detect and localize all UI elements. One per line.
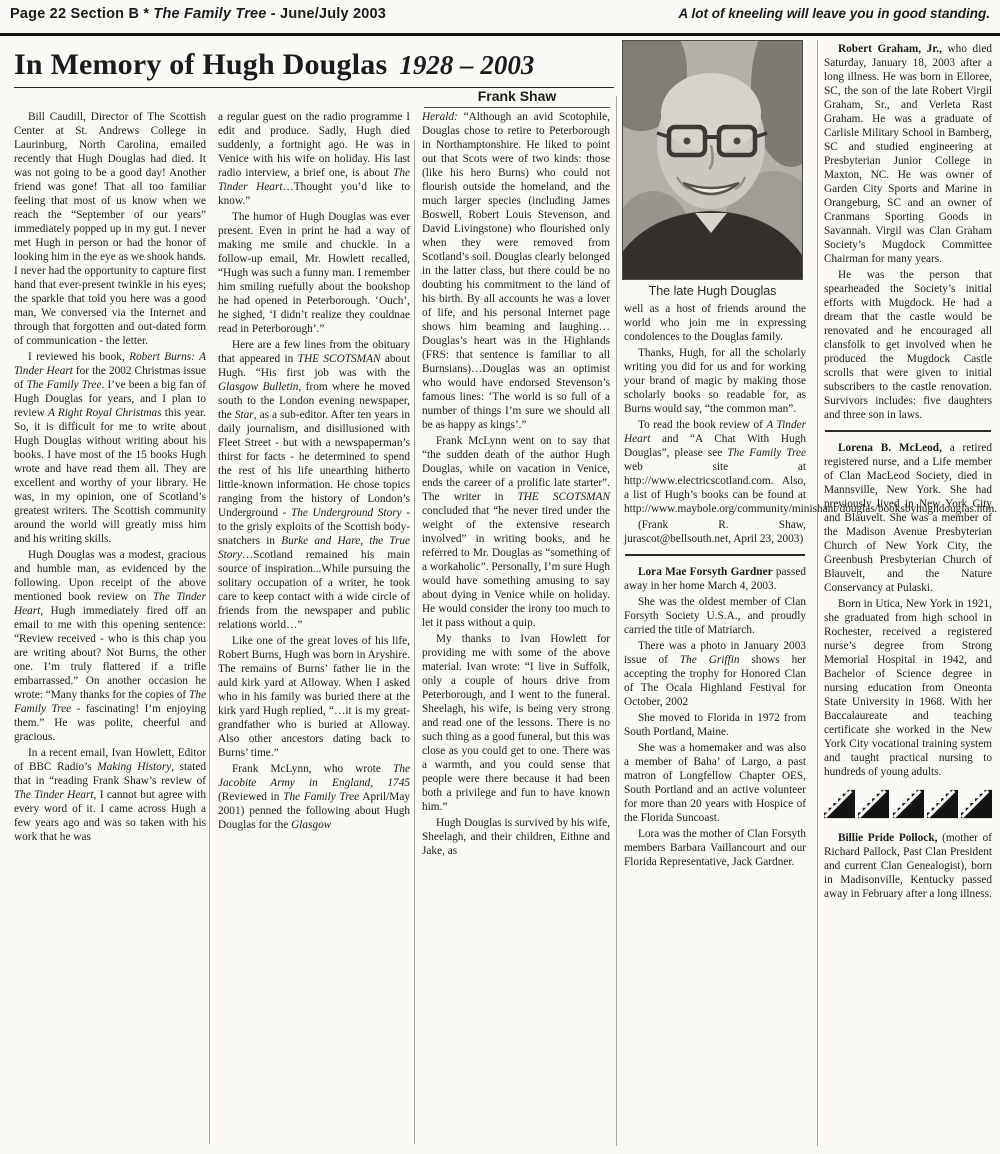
stair-triangle-border	[824, 789, 992, 819]
paragraph: Thanks, Hugh, for all the scholarly writ…	[624, 346, 806, 416]
section-divider	[625, 554, 805, 556]
article-column-2: a regular guest on the radio programme I…	[218, 110, 410, 834]
paragraph: Lora Mae Forsyth Gardner passed away in …	[624, 565, 806, 593]
section-divider	[825, 430, 991, 432]
article-column-3: Herald: “Although an avid Scotophile, Do…	[422, 110, 610, 860]
paragraph: In a recent email, Ivan Howlett, Editor …	[14, 746, 206, 844]
paragraph: Here are a few lines from the obituary t…	[218, 338, 410, 632]
paragraph: She moved to Florida in 1972 from South …	[624, 711, 806, 739]
column-rule	[414, 140, 415, 1144]
portrait-illustration	[623, 41, 802, 279]
paragraph: Hugh Douglas is survived by his wife, Sh…	[422, 816, 610, 858]
column-rule	[616, 96, 617, 1146]
stair-triangle-motif-icon	[893, 789, 924, 819]
column-rule	[209, 430, 210, 1144]
article-column-4: well as a host of friends around the wor…	[624, 302, 806, 546]
paragraph: Herald: “Although an avid Scotophile, Do…	[422, 110, 610, 432]
paragraph: I reviewed his book, Robert Burns: A Tin…	[14, 350, 206, 546]
column-5: Robert Graham, Jr., who died Saturday, J…	[824, 42, 992, 903]
masthead: Page 22 Section B * The Family Tree - Ju…	[10, 6, 990, 22]
paragraph: a regular guest on the radio programme I…	[218, 110, 410, 208]
paragraph: Robert Graham, Jr., who died Saturday, J…	[824, 42, 992, 266]
paragraph: To read the book review of A Tinder Hear…	[624, 418, 806, 516]
hugh-douglas-photo	[622, 40, 803, 280]
paragraph: She was a homemaker and was also a membe…	[624, 741, 806, 825]
newspaper-page: Page 22 Section B * The Family Tree - Ju…	[0, 0, 1000, 1154]
stair-triangle-motif-icon	[927, 789, 958, 819]
obituary-gardner: Lora Mae Forsyth Gardner passed away in …	[624, 565, 806, 869]
column-4: well as a host of friends around the wor…	[624, 302, 806, 871]
paragraph: Born in Utica, New York in 1921, she gra…	[824, 597, 992, 779]
masthead-rule	[0, 33, 1000, 36]
page-number-label: Page 22 Section B *	[10, 6, 149, 22]
publication-name: The Family Tree	[153, 6, 266, 22]
article-byline: Frank Shaw	[424, 88, 610, 108]
paragraph: There was a photo in January 2003 issue …	[624, 639, 806, 709]
paragraph: Lora was the mother of Clan Forsyth memb…	[624, 827, 806, 869]
paragraph: Hugh Douglas was a modest, gracious and …	[14, 548, 206, 744]
issue-label: - June/July 2003	[271, 6, 386, 22]
stair-triangle-motif-icon	[858, 789, 889, 819]
article-title: In Memory of Hugh Douglas	[14, 48, 387, 81]
obituary-pollock: Billie Pride Pollock, (mother of Richard…	[824, 831, 992, 901]
article-dates: 1928 – 2003	[399, 50, 534, 80]
paragraph: The humor of Hugh Douglas was ever prese…	[218, 210, 410, 336]
paragraph: Frank McLynn went on to say that “the su…	[422, 434, 610, 630]
masthead-left: Page 22 Section B * The Family Tree - Ju…	[10, 6, 386, 22]
column-rule	[817, 40, 818, 1146]
stair-triangle-motif-icon	[961, 789, 992, 819]
paragraph: Frank McLynn, who wrote The Jacobite Arm…	[218, 762, 410, 832]
obituary-mcleod: Lorena B. McLeod, a retired registered n…	[824, 441, 992, 779]
paragraph: (Frank R. Shaw, jurascot@bellsouth.net, …	[624, 518, 806, 546]
paragraph: Bill Caudill, Director of The Scottish C…	[14, 110, 206, 348]
stair-triangle-motif-icon	[824, 789, 855, 819]
paragraph: Billie Pride Pollock, (mother of Richard…	[824, 831, 992, 901]
paragraph: well as a host of friends around the wor…	[624, 302, 806, 344]
article-column-1: Bill Caudill, Director of The Scottish C…	[14, 110, 206, 846]
paragraph: Lorena B. McLeod, a retired registered n…	[824, 441, 992, 595]
paragraph: Like one of the great loves of his life,…	[218, 634, 410, 760]
photo-caption: The late Hugh Douglas	[622, 284, 803, 298]
paragraph: He was the person that spearheaded the S…	[824, 268, 992, 422]
masthead-motto: A lot of kneeling will leave you in good…	[678, 6, 990, 21]
obituary-graham: Robert Graham, Jr., who died Saturday, J…	[824, 42, 992, 422]
paragraph: She was the oldest member of Clan Forsyt…	[624, 595, 806, 637]
paragraph: My thanks to Ivan Howlett for providing …	[422, 632, 610, 814]
article-headline: In Memory of Hugh Douglas 1928 – 2003	[14, 48, 614, 88]
